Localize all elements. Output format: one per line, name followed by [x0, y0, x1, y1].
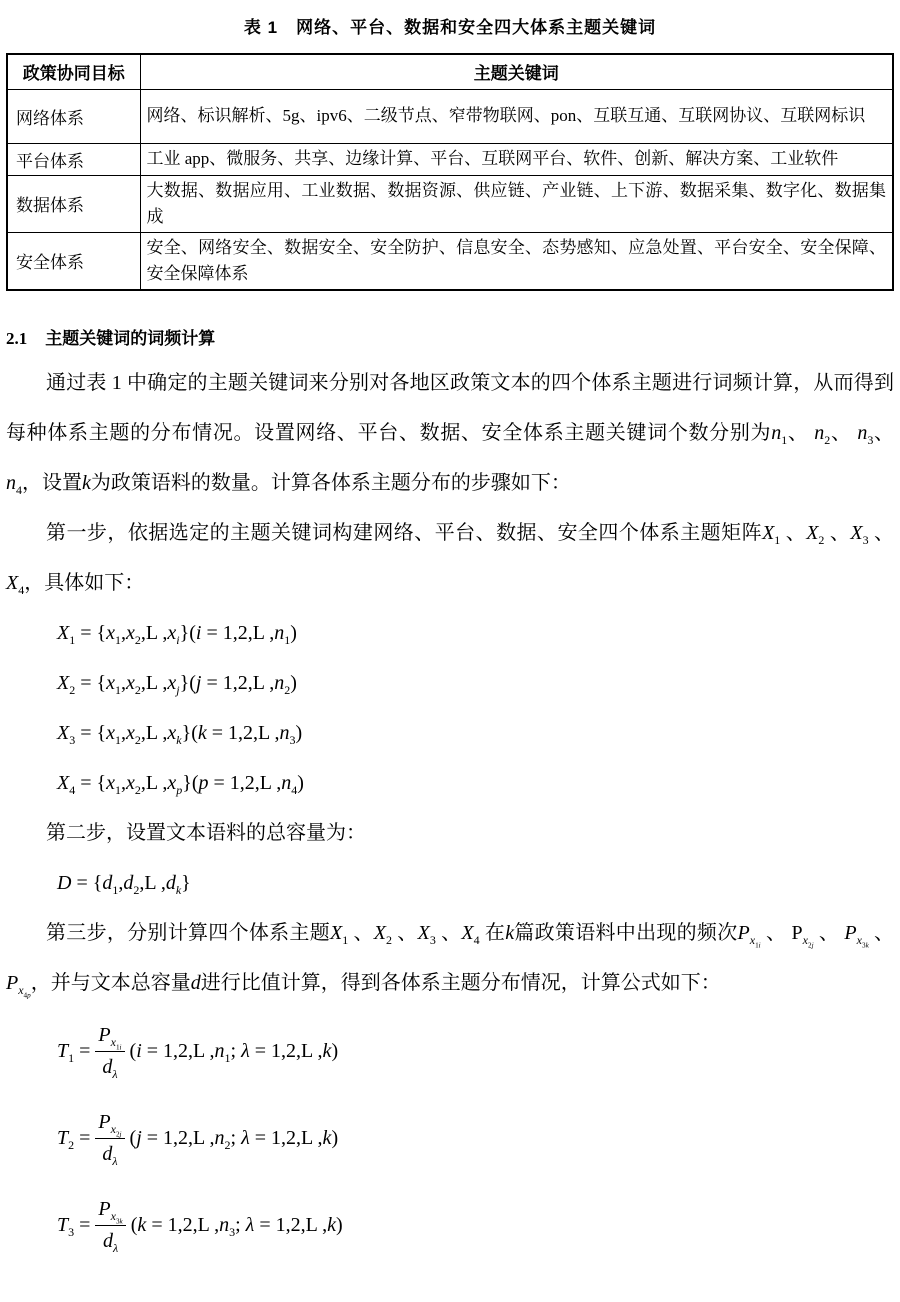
fraction: Px1i dλ	[95, 1023, 124, 1078]
table-row: 平台体系 工业 app、微服务、共享、边缘计算、平台、互联网平台、软件、创新、解…	[7, 143, 893, 175]
formula-x3: X3 = {x1,x2,L ,xk}(k = 1,2,L ,n3)	[57, 708, 900, 758]
fraction-numerator: Px3k	[95, 1197, 125, 1225]
formula-t1: T1 = Px1i dλ (i = 1,2,L ,n1; λ = 1,2,L ,…	[57, 1008, 900, 1095]
table-caption: 表 1 网络、平台、数据和安全四大体系主题关键词	[0, 13, 900, 38]
table-row: 数据体系 大数据、数据应用、工业数据、数据资源、供应链、产业链、上下游、数据采集…	[7, 175, 893, 232]
section-heading: 2.1主题关键词的词频计算	[6, 324, 900, 349]
formula-tail: (k = 1,2,L ,n3; λ = 1,2,L ,k)	[131, 1214, 343, 1237]
formula-t3: T3 = Px3k dλ (k = 1,2,L ,n3; λ = 1,2,L ,…	[57, 1182, 900, 1269]
paragraph-2: 第一步，依据选定的主题关键词构建网络、平台、数据、安全四个体系主题矩阵X1 、X…	[6, 508, 894, 608]
section-title: 主题关键词的词频计算	[45, 329, 215, 348]
goal-cell: 安全体系	[7, 232, 140, 290]
formula-lhs: T3 =	[57, 1214, 90, 1237]
table-row: 网络体系 网络、标识解析、5g、ipv6、二级节点、窄带物联网、pon、互联互通…	[7, 89, 893, 143]
fraction-numerator: Px1i	[95, 1023, 124, 1051]
header-goal: 政策协同目标	[7, 54, 140, 89]
formula-d: D = {d1,d2,L ,dk}	[57, 858, 900, 908]
header-keywords: 主题关键词	[140, 54, 893, 89]
table-row: 安全体系 安全、网络安全、数据安全、安全防护、信息安全、态势感知、应急处置、平台…	[7, 232, 893, 290]
formula-x4: X4 = {x1,x2,L ,xp}(p = 1,2,L ,n4)	[57, 758, 900, 808]
formula-x1: X1 = {x1,x2,L ,xi}(i = 1,2,L ,n1)	[57, 608, 900, 658]
keywords-table: 政策协同目标 主题关键词 网络体系 网络、标识解析、5g、ipv6、二级节点、窄…	[6, 53, 894, 291]
paragraph-4: 第三步，分别计算四个体系主题X1 、X2 、X3 、X4 在k篇政策语料中出现的…	[6, 908, 894, 1008]
keywords-cell: 大数据、数据应用、工业数据、数据资源、供应链、产业链、上下游、数据采集、数字化、…	[140, 175, 893, 232]
section-number: 2.1	[6, 329, 27, 348]
formula-tail: (i = 1,2,L ,n1; λ = 1,2,L ,k)	[130, 1040, 339, 1063]
goal-cell: 数据体系	[7, 175, 140, 232]
formula-tail: (j = 1,2,L ,n2; λ = 1,2,L ,k)	[130, 1127, 339, 1150]
formula-lhs: T1 =	[57, 1040, 90, 1063]
formula-x2: X2 = {x1,x2,L ,xj}(j = 1,2,L ,n2)	[57, 658, 900, 708]
paragraph-3: 第二步，设置文本语料的总容量为：	[6, 808, 894, 858]
keywords-cell: 网络、标识解析、5g、ipv6、二级节点、窄带物联网、pon、互联互通、互联网协…	[140, 89, 893, 143]
fraction: Px3k dλ	[95, 1197, 125, 1252]
formula-t2: T2 = Px2j dλ (j = 1,2,L ,n2; λ = 1,2,L ,…	[57, 1095, 900, 1182]
paragraph-1: 通过表 1 中确定的主题关键词来分别对各地区政策文本的四个体系主题进行词频计算，…	[6, 358, 894, 508]
formula-lhs: T2 =	[57, 1127, 90, 1150]
fraction-denominator: dλ	[95, 1052, 124, 1079]
fraction-numerator: Px2j	[95, 1110, 124, 1138]
keywords-cell: 工业 app、微服务、共享、边缘计算、平台、互联网平台、软件、创新、解决方案、工…	[140, 143, 893, 175]
keywords-cell: 安全、网络安全、数据安全、安全防护、信息安全、态势感知、应急处置、平台安全、安全…	[140, 232, 893, 290]
fraction: Px2j dλ	[95, 1110, 124, 1165]
goal-cell: 网络体系	[7, 89, 140, 143]
table-header-row: 政策协同目标 主题关键词	[7, 54, 893, 89]
fraction-denominator: dλ	[95, 1139, 124, 1166]
fraction-denominator: dλ	[95, 1226, 125, 1253]
goal-cell: 平台体系	[7, 143, 140, 175]
